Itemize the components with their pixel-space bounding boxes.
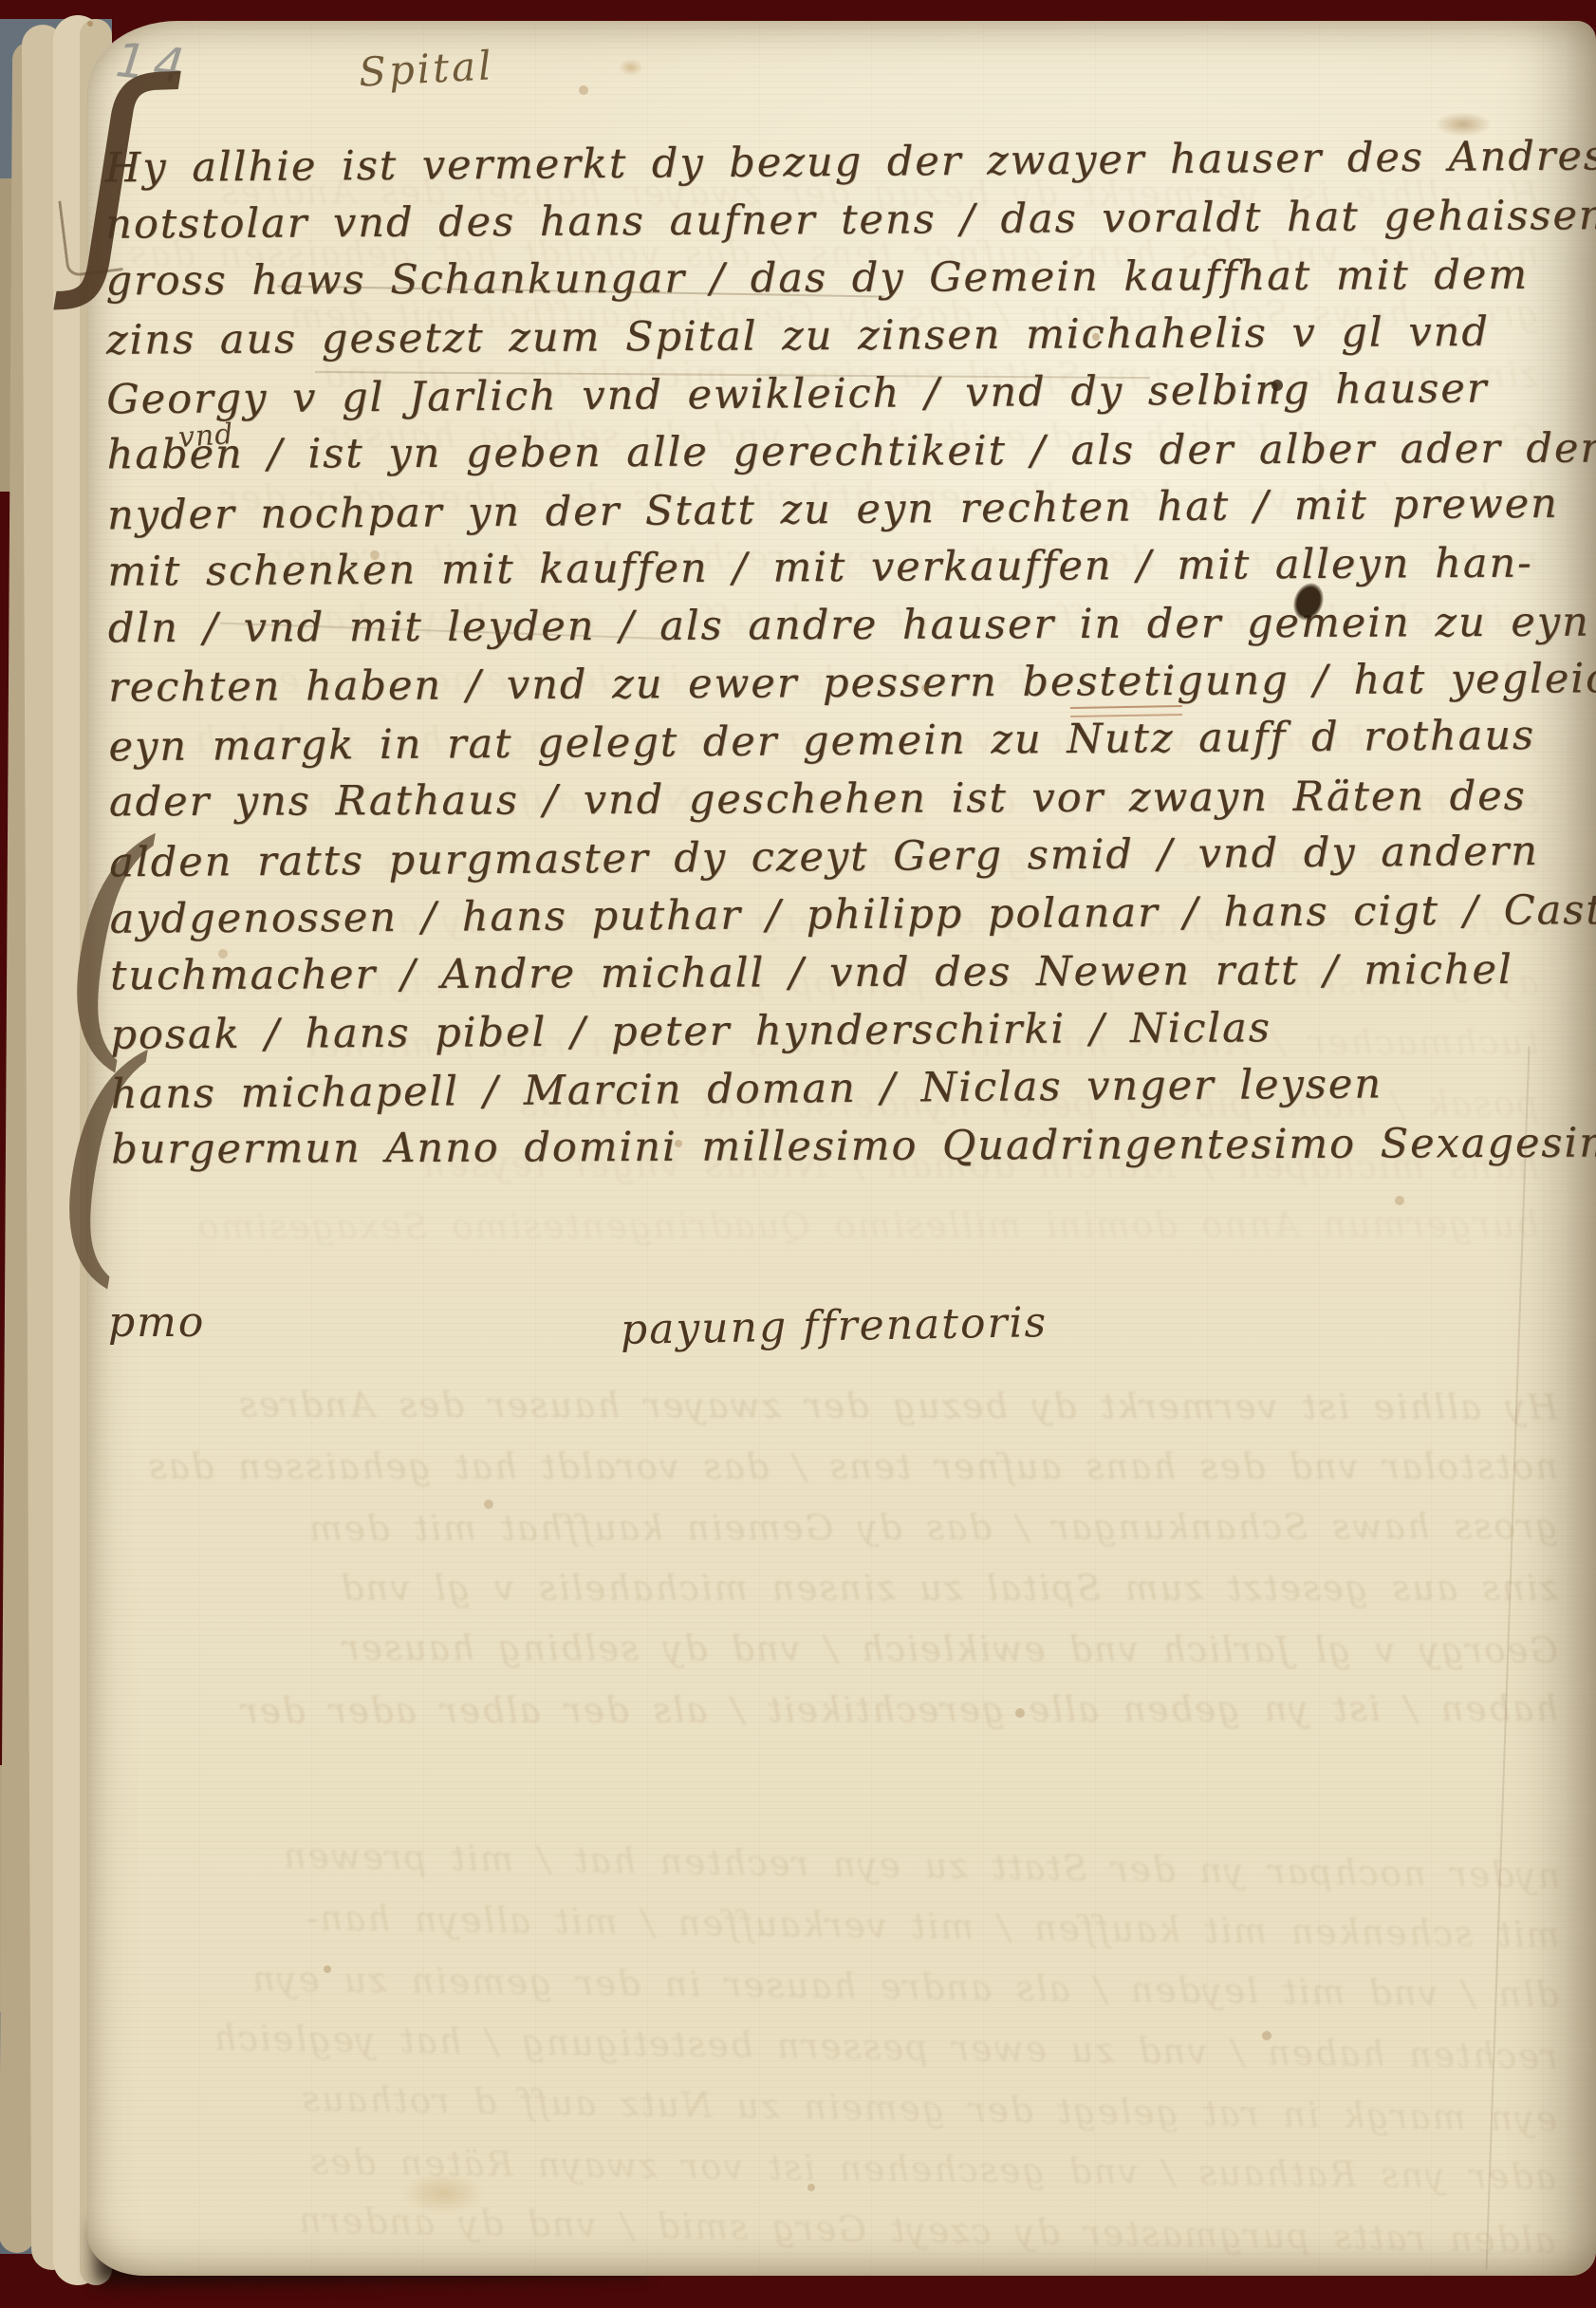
manuscript-line: posak / hans pibel / peter hynderschirki… (110, 1002, 1579, 1069)
manuscript-page: 14 Spital Hy allhie ist vermerkt dy bezu… (87, 21, 1596, 2276)
manuscript-line: ader yns Rathaus / vnd geschehen ist vor… (109, 772, 1578, 837)
manuscript-line: burgermun Anno domini millesimo Quadring… (116, 1195, 1539, 1258)
interlinear-insertion: vnd (177, 418, 235, 455)
manuscript-line: rechten haben / vnd zu ewer pessern best… (108, 655, 1577, 721)
manuscript-photo: 14 Spital Hy allhie ist vermerkt dy bezu… (0, 0, 1596, 2308)
show-through-text: Hy allhie ist vermerkt dy bezug der zway… (268, 1376, 1558, 1740)
manuscript-line: notstolar vnd des hans aufner tens / das… (105, 192, 1574, 258)
manuscript-line: zins aus gesetzt zum Spital zu zinsen mi… (106, 307, 1575, 374)
section-heading: Spital (358, 42, 495, 95)
closing-signature: payung ffrenatoris (621, 1298, 1049, 1354)
manuscript-line: haben / ist yn geben alle gerechtikeit /… (107, 425, 1576, 490)
manuscript-line: alden ratts purgmaster dy czeyt Gerg smi… (109, 828, 1578, 898)
paper-specks (87, 21, 93, 27)
manuscript-line: Hy allhie ist vermerkt dy bezug der zway… (268, 1375, 1558, 1439)
manuscript-text-block: Hy allhie ist vermerkt dy bezug der zway… (105, 134, 1581, 1184)
manuscript-line: mit schenken mit kauffen / mit verkauffe… (107, 539, 1576, 605)
manuscript-line: notstolar vnd des hans aufner tens / das… (268, 1437, 1558, 1498)
manuscript-line: burgermun Anno domini millesimo Quadring… (111, 1120, 1580, 1184)
manuscript-line: nyder nochpar yn der Statt zu eyn rechte… (107, 480, 1576, 550)
manuscript-line: aydgenossen / hans puthar / philipp pola… (110, 886, 1579, 953)
manuscript-line: gross haws Schankungar / das dy Gemein k… (105, 251, 1574, 316)
manuscript-line: Hy allhie ist vermerkt dy bezug der zway… (105, 133, 1574, 203)
ink-underline (1070, 705, 1182, 717)
manuscript-line: hans michapell / Marcin doman / Niclas v… (111, 1059, 1580, 1129)
manuscript-line: eyn margk in rat gelegt der gemein zu Nu… (108, 712, 1577, 782)
paper-stain (619, 59, 643, 76)
ink-dot (1271, 380, 1283, 391)
manuscript-line: Georgy v gl Jarlich vnd ewikleich / vnd … (268, 1618, 1558, 1682)
manuscript-line: zins aus gesetzt zum Spital zu zinsen mi… (268, 1558, 1558, 1619)
manuscript-line: haben / ist yn geben alle gerechtikeit /… (268, 1679, 1558, 1741)
manuscript-line: gross haws Schankungar / das dy Gemein k… (268, 1497, 1558, 1559)
paper-stain (400, 2171, 486, 2215)
closing-abbreviation: pmo (108, 1298, 205, 1347)
paper-stain (1435, 112, 1492, 137)
closing-line: pmo payung ffrenatoris (108, 1298, 1577, 1365)
manuscript-line: dln / vnd mit leyden / als andre hauser … (108, 599, 1577, 663)
manuscript-line: tuchmacher / Andre michall / vnd des New… (110, 946, 1579, 1011)
